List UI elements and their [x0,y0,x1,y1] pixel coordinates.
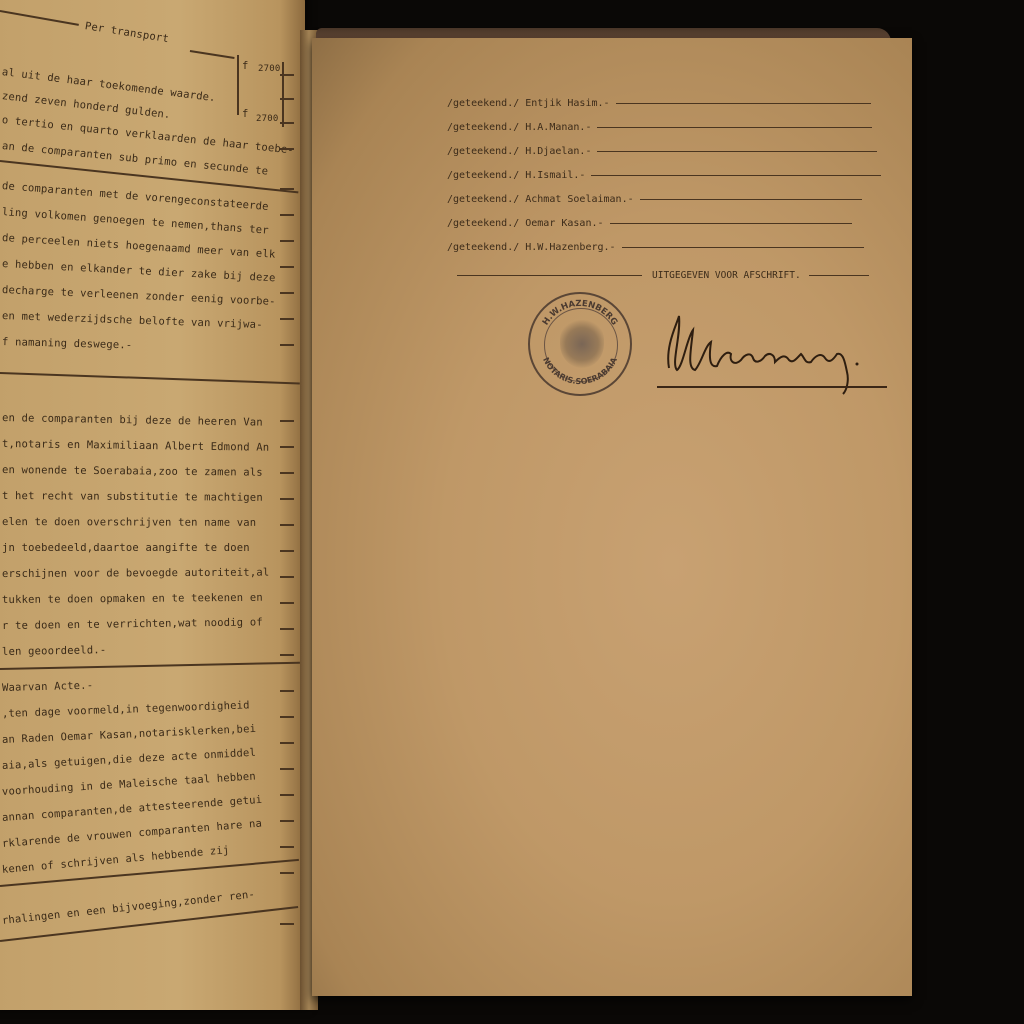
signatory-name: H.A.Manan.- [525,122,591,133]
line-end-dash [280,98,294,100]
signed-prefix: /geteekend./ [447,146,519,157]
text-line: en wonende te Soerabaia,zoo te zamen als [2,464,263,479]
fill-rule [591,175,881,177]
line-end-dash [280,846,294,848]
stamp-text: H.W.HAZENBERG NOTARIS.SOERABAIA [530,294,630,394]
text-line: Waarvan Acte.- [2,680,94,694]
fill-rule [610,223,852,225]
line-end-dash [280,550,294,552]
section-rule [0,372,300,384]
signatory-name: H.W.Hazenberg.- [525,242,615,253]
text-line: erschijnen voor de bevoegde autoriteit,a… [2,567,269,580]
line-end-dash [280,122,294,124]
fill-rule [597,151,877,153]
signature-entry: /geteekend./H.Djaelan.- [447,146,877,157]
rule [809,275,869,277]
text-line: en met wederzijdsche belofte van vrijwa- [2,310,263,331]
notary-seal-stamp: H.W.HAZENBERG NOTARIS.SOERABAIA [528,292,632,396]
line-end-dash [280,654,294,656]
signature-underline [657,386,887,388]
line-end-dash [280,576,294,578]
svg-text:NOTARIS.SOERABAIA: NOTARIS.SOERABAIA [541,355,619,386]
fill-rule [597,127,872,129]
signatory-name: Achmat Soelaiman.- [525,194,633,205]
signed-prefix: /geteekend./ [447,122,519,133]
text-line: tukken te doen opmaken en te teekenen en [2,592,263,606]
amount-value-2: 2700 [256,114,278,124]
amount-column-divider [237,55,239,115]
text-line: r te doen en te verrichten,wat noodig of [2,616,263,632]
text-line: an Raden Oemar Kasan,notarisklerken,bei [2,723,257,746]
text-line: ling volkomen genoegen te nemen,thans te… [2,206,270,237]
signature-entry: /geteekend./Entjik Hasim.- [447,98,871,109]
text-line: elen te doen overschrijven ten name van [2,516,256,529]
text-line: len geoordeeld.- [2,644,107,658]
signed-prefix: /geteekend./ [447,98,519,109]
signature-entry: /geteekend./H.Ismail.- [447,170,881,181]
text-line: de perceelen niets hoegenaamd meer van e… [2,232,276,261]
text-line: en de comparanten bij deze de heeren Van [2,412,263,429]
rule [457,275,642,277]
line-end-dash [280,794,294,796]
line-end-dash [280,498,294,500]
line-end-dash [280,820,294,822]
signatory-name: H.Ismail.- [525,170,585,181]
signature-scrawl-icon [657,306,892,396]
line-end-dash [280,524,294,526]
text-line: t,notaris en Maximiliaan Albert Edmond A… [2,438,270,454]
right-page: /geteekend./Entjik Hasim.-/geteekend./H.… [312,38,912,996]
signatory-name: H.Djaelan.- [525,146,591,157]
line-end-dash [280,472,294,474]
text-line: kenen of schrijven als hebbende zij [1,844,229,876]
fill-rule [622,247,864,249]
line-end-dash [280,344,294,346]
signed-prefix: /geteekend./ [447,218,519,229]
signature-entry: /geteekend./H.W.Hazenberg.- [447,242,864,253]
per-transport-header: Per transport [84,20,170,45]
text-line: voorhouding in de Maleische taal hebben [2,770,257,798]
svg-text:H.W.HAZENBERG: H.W.HAZENBERG [541,299,619,327]
line-end-dash [280,602,294,604]
signature-entry: /geteekend./Oemar Kasan.- [447,218,852,229]
handwritten-signature [657,306,892,396]
line-end-dash [280,318,294,320]
line-end-dash [280,742,294,744]
issued-for-copy-text: UITGEGEVEN VOOR AFSCHRIFT. [652,270,801,281]
signed-prefix: /geteekend./ [447,170,519,181]
text-line: t het recht van substitutie te machtigen [2,490,263,504]
signature-entry: /geteekend./H.A.Manan.- [447,122,872,133]
line-end-dash [280,628,294,630]
line-end-dash [280,292,294,294]
line-end-dash [280,74,294,76]
left-page-text-block: Per transport f 2700 f 2700 al uit de ha… [0,0,305,1010]
text-line: decharge te verleenen zonder eenig voorb… [2,284,276,308]
text-line: annan comparanten,de attesteerende getui [2,794,263,824]
line-end-dash [280,690,294,692]
signatory-name: Oemar Kasan.- [525,218,603,229]
line-end-dash [280,768,294,770]
text-line: ,ten dage voormeld,in tegenwoordigheid [2,699,250,720]
text-line: jn toebedeeld,daartoe aangifte te doen [2,542,250,554]
left-page: Per transport f 2700 f 2700 al uit de ha… [0,0,305,1010]
header-rule-2 [190,50,235,59]
fill-rule [640,199,862,201]
text-line: rhalingen en een bijvoeging,zonder ren- [1,888,255,927]
line-end-dash [280,214,294,216]
line-end-dash [280,716,294,718]
amount-column-border [282,62,284,127]
amount-currency-1: f [242,60,249,72]
text-line: e hebben en elkander te dier zake bij de… [2,258,276,284]
fill-rule [616,103,871,105]
amount-currency-2: f [242,108,249,120]
line-end-dash [280,148,294,150]
line-end-dash [280,420,294,422]
signed-prefix: /geteekend./ [447,242,519,253]
text-line: f namaning deswege.- [2,336,133,351]
header-rule [0,10,79,25]
signatory-name: Entjik Hasim.- [525,98,609,109]
signature-entry: /geteekend./Achmat Soelaiman.- [447,194,862,205]
line-end-dash [280,923,294,925]
line-end-dash [280,872,294,874]
text-line: aia,als getuigen,die deze acte onmiddel [2,747,257,772]
line-end-dash [280,446,294,448]
line-end-dash [280,240,294,242]
issued-for-copy-line: UITGEGEVEN VOOR AFSCHRIFT. [457,270,907,281]
section-rule [0,662,300,670]
amount-value-1: 2700 [258,64,280,74]
line-end-dash [280,266,294,268]
signed-prefix: /geteekend./ [447,194,519,205]
